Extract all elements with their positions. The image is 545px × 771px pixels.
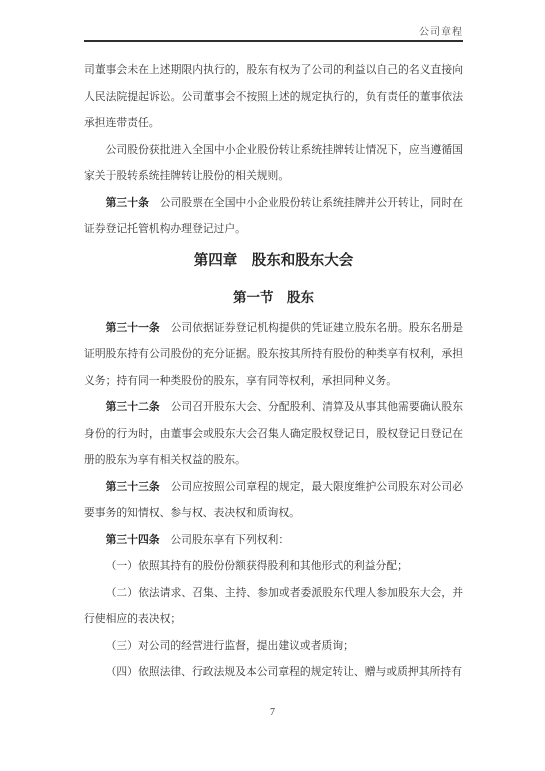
paragraph-article-33: 第三十三条公司应按照公司章程的规定，最大限度维护公司股东对公司必要事务的知情权、… <box>84 474 463 527</box>
paragraph-share-transfer: 公司股份获批进入全国中小企业股份转让系统挂牌转让情况下，应当遵循国家关于股转系统… <box>84 137 463 190</box>
document-page: 公司章程 司董事会未在上述期限内执行的，股东有权为了公司的利益以自己的名义直接向… <box>0 0 545 771</box>
page-number: 7 <box>270 707 275 718</box>
page-footer: 7 <box>0 707 545 718</box>
article-33-number: 第三十三条 <box>106 481 160 493</box>
article-32-number: 第三十二条 <box>106 401 160 413</box>
paragraph-article-34: 第三十四条公司股东享有下列权利： <box>84 527 463 554</box>
paragraph-article-31: 第三十一条公司依据证券登记机构提供的凭证建立股东名册。股东名册是证明股东持有公司… <box>84 315 463 395</box>
list-item-4: （四）依照法律、行政法规及本公司章程的规定转让、赠与或质押其所持有 <box>84 659 463 686</box>
paragraph-article-32: 第三十二条公司召开股东大会、分配股利、清算及从事其他需要确认股东身份的行为时，由… <box>84 394 463 474</box>
section-heading: 第一节 股东 <box>84 284 463 311</box>
paragraph-article-30: 第三十条公司股票在全国中小企业股份转让系统挂牌并公开转让，同时在证券登记托管机构… <box>84 190 463 243</box>
article-30-number: 第三十条 <box>106 197 149 209</box>
article-31-number: 第三十一条 <box>106 322 160 334</box>
article-34-text: 公司股东享有下列权利： <box>170 534 289 546</box>
paragraph-continuation: 司董事会未在上述期限内执行的，股东有权为了公司的利益以自己的名义直接向人民法院提… <box>84 57 463 137</box>
list-item-2: （二）依法请求、召集、主持、参加或者委派股东代理人参加股东大会，并行使相应的表决… <box>84 580 463 633</box>
header-title: 公司章程 <box>419 27 463 38</box>
chapter-heading: 第四章 股东和股东大会 <box>84 248 463 275</box>
document-content: 司董事会未在上述期限内执行的，股东有权为了公司的利益以自己的名义直接向人民法院提… <box>84 57 463 686</box>
header-rule <box>84 40 463 42</box>
list-item-1: （一）依照其持有的股份份额获得股利和其他形式的利益分配； <box>84 553 463 580</box>
article-34-number: 第三十四条 <box>106 534 160 546</box>
list-item-3: （三）对公司的经营进行监督，提出建议或者质询； <box>84 633 463 660</box>
page-header: 公司章程 <box>84 26 463 39</box>
